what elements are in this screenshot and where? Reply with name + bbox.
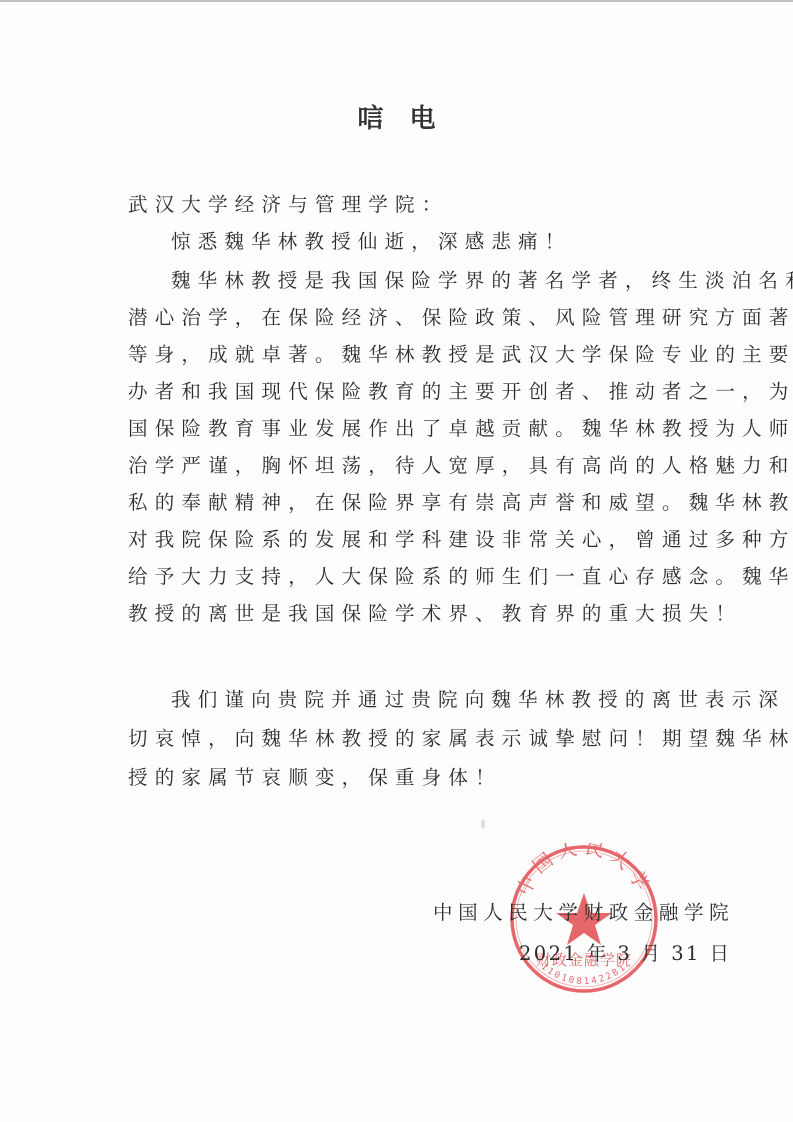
scan-edge	[0, 0, 793, 2]
signature-organization: 中国人民大学财政金融学院	[433, 897, 734, 925]
body-line-8: 私的奉献精神，在保险界享有崇高声誉和威望。魏华林教授	[128, 491, 793, 515]
body-line-5: 办者和我国现代保险教育的主要开创者、推动者之一，为我	[128, 380, 793, 404]
document-title: 唁电	[0, 98, 793, 135]
body-line-10: 给予大力支持，人大保险系的师生们一直心存感念。魏华林	[128, 565, 793, 589]
svg-text:中国人民大学: 中国人民大学	[513, 843, 655, 899]
document-page: 唁电 武汉大学经济与管理学院： 惊悉魏华林教授仙逝，深感悲痛！ 魏华林教授是我国…	[0, 0, 793, 1122]
body-line-14: 授的家属节哀顺变，保重身体！	[128, 766, 502, 790]
body-line-13: 切哀悼，向魏华林教授的家属表示诚挚慰问！期望魏华林教	[128, 727, 793, 751]
body-line-2: 魏华林教授是我国保险学界的著名学者，终生淡泊名利、	[171, 269, 793, 293]
salutation: 武汉大学经济与管理学院：	[128, 193, 448, 217]
body-line-6: 国保险教育事业发展作出了卓越贡献。魏华林教授为人师表，	[128, 417, 793, 441]
scan-speck	[481, 820, 485, 828]
signature-date: 2021 年 3 月 31 日	[519, 938, 731, 966]
body-line-9: 对我院保险系的发展和学科建设非常关心，曾通过多种方式	[128, 528, 793, 552]
body-line-12: 我们谨向贵院并通过贵院向魏华林教授的离世表示深	[171, 688, 785, 712]
body-line-1: 惊悉魏华林教授仙逝，深感悲痛！	[171, 230, 572, 254]
body-line-11: 教授的离世是我国保险学术界、教育界的重大损失！	[128, 602, 742, 626]
body-line-4: 等身，成就卓著。魏华林教授是武汉大学保险专业的主要创	[128, 343, 793, 367]
body-line-7: 治学严谨，胸怀坦荡，待人宽厚，具有高尚的人格魅力和无	[128, 454, 793, 478]
body-line-3: 潜心治学，在保险经济、保险政策、风险管理研究方面著作	[128, 306, 793, 330]
